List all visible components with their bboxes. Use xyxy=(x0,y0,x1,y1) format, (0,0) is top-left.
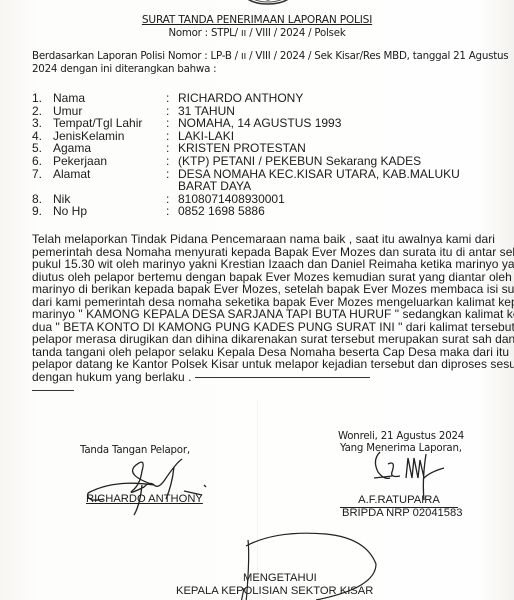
intro-paragraph: Berdasarkan Laporan Polisi Nomor : LP-B … xyxy=(32,50,514,76)
chief-title: KEPALA KEPOLISIAN SEKTOR KISAR xyxy=(176,585,373,597)
field-row-tempat-tgl-lahir: 3. Tempat/Tgl Lahir : NOMAHA, 14 AGUSTUS… xyxy=(32,117,460,130)
intro-line: 2024 dengan ini diterangkan bahwa : xyxy=(32,63,514,76)
filler-line xyxy=(195,377,370,378)
body-line-last: dengan hukum yang berlaku . xyxy=(32,371,514,384)
receiver-rank: BRIPDA NRP 02041583 xyxy=(342,507,462,519)
field-label: Alamat xyxy=(53,168,166,181)
field-colon: : xyxy=(166,205,178,218)
field-label: Nama xyxy=(53,92,166,105)
police-emblem-icon xyxy=(236,0,300,6)
field-label: No Hp xyxy=(53,205,166,218)
field-value: (KTP) PETANI / PEKEBUN Sekarang KADES xyxy=(178,155,421,168)
place-date: Wonreli, 21 Agustus 2024 xyxy=(338,431,464,442)
field-value: RICHARDO ANTHONY xyxy=(178,92,303,105)
body-line: pukul 15.30 wit oleh marinyo yakni Krest… xyxy=(32,258,514,271)
field-label: Pekerjaan xyxy=(53,155,166,168)
field-number: 7. xyxy=(32,168,53,181)
reporter-signature-icon xyxy=(84,455,214,515)
reporter-name: RICHARDO ANTHONY xyxy=(86,493,203,505)
field-row-no-hp: 9. No Hp : 0852 1698 5886 xyxy=(32,205,460,218)
body-line: marinyo " KAMONG KEPALA DESA SARJANA TAP… xyxy=(32,308,514,321)
field-value-continued: BARAT DAYA xyxy=(178,180,251,193)
field-value: 0852 1698 5886 xyxy=(178,205,265,218)
body-line: Telah melaporkan Tindak Pidana Pencemara… xyxy=(32,233,514,246)
field-colon: : xyxy=(166,155,178,168)
field-colon: : xyxy=(166,168,178,181)
field-row-pekerjaan: 6. Pekerjaan : (KTP) PETANI / PEKEBUN Se… xyxy=(32,155,460,168)
field-row-alamat-cont: BARAT DAYA xyxy=(32,180,460,193)
reporter-fields: 1. Nama : RICHARDO ANTHONY 2. Umur : 31 … xyxy=(32,92,460,218)
field-label: Tempat/Tgl Lahir xyxy=(53,117,166,130)
body-line: pelapor merasa dirugikan dan dihina dika… xyxy=(32,333,514,346)
body-line: marinyo di berikan kepada bapak Ever Moz… xyxy=(32,283,514,296)
field-colon: : xyxy=(166,117,178,130)
field-number: 3. xyxy=(32,117,53,130)
field-number: 1. xyxy=(32,92,53,105)
document-title: SURAT TANDA PENERIMAAN LAPORAN POLISI xyxy=(0,14,514,26)
field-colon: : xyxy=(166,92,178,105)
receiver-name: A.F.RATUPAIRA xyxy=(340,494,458,508)
report-body: Telah melaporkan Tindak Pidana Pencemara… xyxy=(32,233,514,391)
field-number: 9. xyxy=(32,205,53,218)
field-value: NOMAHA, 14 AGUSTUS 1993 xyxy=(178,117,341,130)
field-number: 6. xyxy=(32,155,53,168)
filler-line-short xyxy=(32,390,74,391)
document-number: Nomor : STPL/ ıı / VIII / 2024 / Polsek xyxy=(0,28,514,39)
field-row-nama: 1. Nama : RICHARDO ANTHONY xyxy=(32,92,460,105)
document-page: SURAT TANDA PENERIMAAN LAPORAN POLISI No… xyxy=(0,0,514,600)
acknowledgement-label: MENGETAHUI xyxy=(243,572,317,584)
intro-line: Berdasarkan Laporan Polisi Nomor : LP-B … xyxy=(32,50,514,63)
